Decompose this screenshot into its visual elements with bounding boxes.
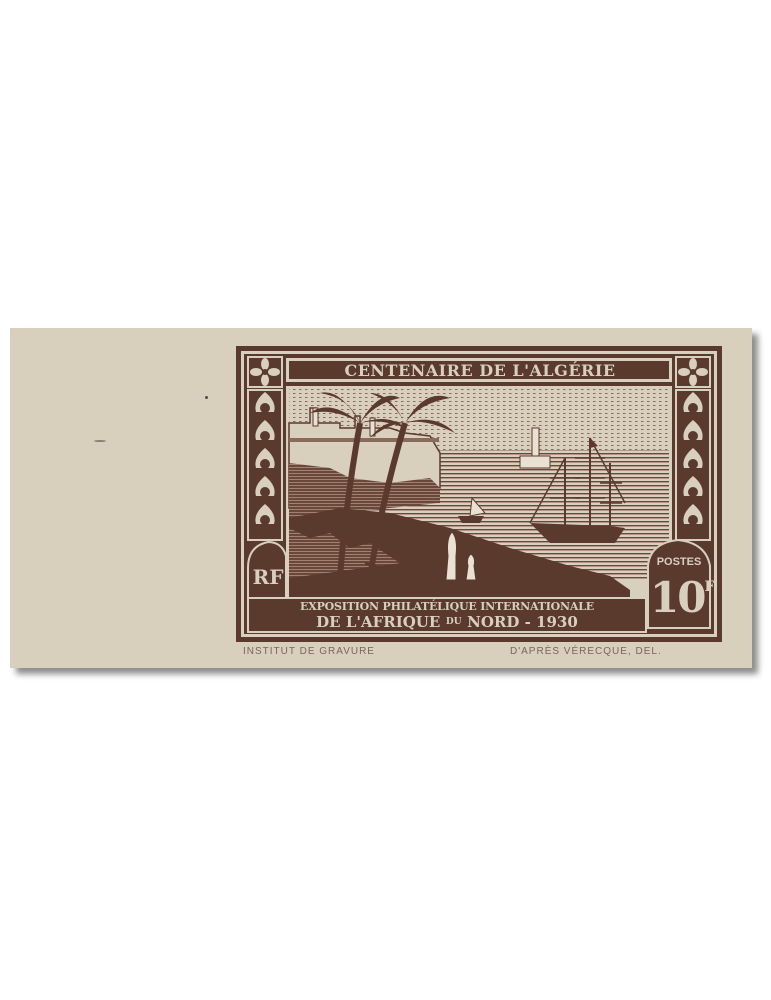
imprint-engraver: INSTITUT DE GRAVURE — [243, 646, 375, 657]
harbour-vignette — [286, 386, 672, 606]
inscription-line-1: EXPOSITION PHILATÉLIQUE INTERNATIONALE — [250, 600, 644, 614]
face-value-currency: F — [704, 579, 714, 595]
monogram-rf: RF — [250, 564, 286, 590]
stamp-title: CENTENAIRE DE L'ALGÉRIE — [292, 361, 668, 379]
inscription-du: DU — [446, 617, 462, 627]
face-value: 10F — [650, 572, 708, 633]
imprint-designer: D'APRÈS VÉRECQUE, DEL. — [510, 646, 662, 657]
inscription-de-lafrique: DE L'AFRIQUE — [316, 613, 440, 631]
inscription-line-2: DE L'AFRIQUE DU NORD - 1930 — [250, 613, 644, 631]
inscription-nord-year: NORD - 1930 — [467, 613, 578, 631]
face-value-number: 10 — [650, 573, 704, 622]
stamp-sheet: CENTENAIRE DE L'ALGÉRIE RF EXPOSITION PH… — [10, 328, 752, 668]
postes-label: POSTES — [650, 556, 708, 568]
